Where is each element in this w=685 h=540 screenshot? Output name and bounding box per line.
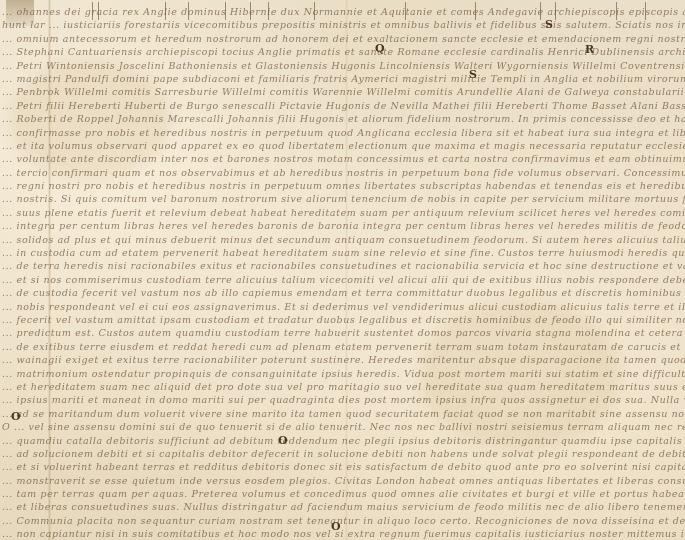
- text-line: ... in custodia cum ad etatem pervenerit…: [0, 247, 685, 260]
- text-line: ... Petri Wintoniensis Joscelini Bathoni…: [0, 60, 685, 73]
- initial-letter: O: [11, 410, 21, 423]
- text-line: ... voluntate ante discordiam inter nos …: [0, 153, 685, 166]
- charter-text: ... ohannes dei gracia rex Anglie dominu…: [0, 6, 685, 540]
- text-line: ... regni nostri pro nobis et heredibus …: [0, 180, 685, 193]
- text-line: ... fecerit vel vastum amittat ipsam cus…: [0, 314, 685, 327]
- initial-letter: O: [278, 434, 288, 447]
- text-line: ... confirmasse pro nobis et heredibus n…: [0, 127, 685, 140]
- initial-letter: S: [469, 68, 477, 81]
- text-line: ... tam per terras quam per aquas. Prete…: [0, 488, 685, 501]
- text-line: ... omnium antecessorum et heredum nostr…: [0, 33, 685, 46]
- text-line: ... solidos ad plus et qui minus debueri…: [0, 234, 685, 247]
- text-line: ... et hereditatem suam nec aliquid det …: [0, 381, 685, 394]
- text-line: ... Penbrok Willelmi comitis Sarresburie…: [0, 86, 685, 99]
- text-line: ... et liberas consuetudines suas. Nullu…: [0, 501, 685, 514]
- text-line: ... ad solucionem debiti et si capitalis…: [0, 448, 685, 461]
- text-line: O ... vel sine assensu domini sui de quo…: [0, 421, 685, 434]
- charter-parchment: ... ohannes dei gracia rex Anglie dominu…: [0, 0, 685, 540]
- text-line: ... et si voluerint habeant terras et re…: [0, 461, 685, 474]
- text-line: ... predictum est. Custos autem quamdiu …: [0, 327, 685, 340]
- text-line: ... Roberti de Roppel Johannis Marescall…: [0, 113, 685, 126]
- text-line: ... magistri Pandulfi domini pape subdia…: [0, 73, 685, 86]
- text-line: ... et ita volumus observari quod appare…: [0, 140, 685, 153]
- text-line: ... de exitibus terre eiusdem et reddat …: [0, 341, 685, 354]
- initial-letter: O: [331, 520, 341, 533]
- initial-letter: R: [585, 43, 594, 56]
- text-line: ... quamdiu catalla debitoris sufficiunt…: [0, 435, 685, 448]
- text-line: ... non capiantur nisi in suis comitatib…: [0, 528, 685, 540]
- text-line: ... ohannes dei gracia rex Anglie dominu…: [0, 6, 685, 19]
- initial-letter: Q: [375, 42, 385, 55]
- text-line: ... Stephani Cantuariensis archiepiscopi…: [0, 46, 685, 59]
- text-line: ... de custodia fecerit vel vastum nos a…: [0, 287, 685, 300]
- text-line: ... nostris. Si quis comitum vel baronum…: [0, 193, 685, 206]
- text-line: ... wainagii exiget et exitus terre raci…: [0, 354, 685, 367]
- text-line: ... nobis respondeant vel ei cui eos ass…: [0, 301, 685, 314]
- text-line: ... matrimonium ostendatur propinquis de…: [0, 368, 685, 381]
- text-line: hunt lar ... iusticiariis forestariis vi…: [0, 19, 685, 32]
- text-line: ... Petri filii Hereberti Huberti de Bur…: [0, 100, 685, 113]
- text-line: ... et si nos commiserimus custodiam ter…: [0, 274, 685, 287]
- text-line: ... suus plene etatis fuerit et relevium…: [0, 207, 685, 220]
- text-line: ... ad se maritandum dum voluerit vivere…: [0, 408, 685, 421]
- text-line: ... de terra heredis nisi racionabiles e…: [0, 260, 685, 273]
- text-line: ... ipsius mariti et maneat in domo mari…: [0, 394, 685, 407]
- text-line: ... integra per centum libras heres vel …: [0, 220, 685, 233]
- text-line: ... Communia placita non sequantur curia…: [0, 515, 685, 528]
- text-line: ... monstraverit se esse quietum inde ve…: [0, 475, 685, 488]
- initial-letter: S: [545, 18, 553, 31]
- text-line: ... tercio confirmari quam et nos observ…: [0, 167, 685, 180]
